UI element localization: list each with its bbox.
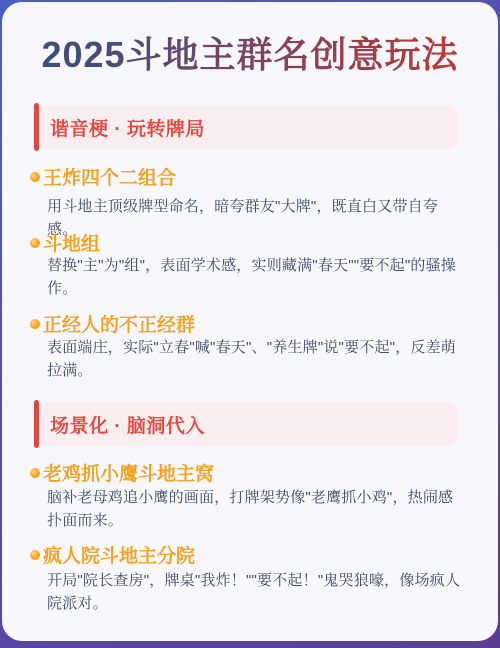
bullet-icon xyxy=(30,550,40,560)
list-item-heading: 老鸡抓小鹰斗地主窝 xyxy=(30,459,214,486)
section-accent-bar xyxy=(34,103,39,151)
list-item-body: 开局"院长查房"，牌桌"我炸！""要不起！"鬼哭狼嚎，像场疯人院派对。 xyxy=(47,569,465,615)
item-heading-text: 疯人院斗地主分院 xyxy=(43,541,195,568)
item-heading-text: 斗地组 xyxy=(43,229,100,256)
section-title: 谐音梗 · 玩转牌局 xyxy=(50,114,205,141)
list-item-heading: 王炸四个二组合 xyxy=(30,163,176,190)
content-card: 2025斗地主群名创意玩法 谐音梗 · 玩转牌局 王炸四个二组合 用斗地主顶级牌… xyxy=(2,2,498,641)
item-heading-text: 正经人的不正经群 xyxy=(43,310,195,337)
item-heading-text: 老鸡抓小鹰斗地主窝 xyxy=(43,459,214,486)
section-title: 场景化 · 脑洞代入 xyxy=(50,411,205,438)
list-item-body: 表面端庄，实际"立春"喊"春天"、"养生牌"说"要不起"，反差萌拉满。 xyxy=(47,336,465,382)
list-item-heading: 斗地组 xyxy=(30,229,100,256)
list-item-heading: 疯人院斗地主分院 xyxy=(30,541,195,568)
list-item-body: 脑补老母鸡追小鹰的画面，打牌架势像"老鹰抓小鸡"，热闹感扑面而来。 xyxy=(47,486,465,532)
list-item-body: 替换"主"为"组"，表面学术感，实则藏满"春天""要不起"的骚操作。 xyxy=(47,254,465,300)
bullet-icon xyxy=(30,468,40,478)
list-item-heading: 正经人的不正经群 xyxy=(30,310,195,337)
section-accent-bar xyxy=(34,400,39,448)
page-title: 2025斗地主群名创意玩法 xyxy=(2,27,498,78)
section-header-scenario: 场景化 · 脑洞代入 xyxy=(34,402,458,446)
list-item-body: 用斗地主顶级牌型命名，暗夸群友"大牌"，既直白又带自夸感。 xyxy=(47,195,465,241)
section-header-homophone: 谐音梗 · 玩转牌局 xyxy=(34,105,458,149)
item-heading-text: 王炸四个二组合 xyxy=(43,163,176,190)
bullet-icon xyxy=(30,319,40,329)
bullet-icon xyxy=(30,238,40,248)
bullet-icon xyxy=(30,172,40,182)
